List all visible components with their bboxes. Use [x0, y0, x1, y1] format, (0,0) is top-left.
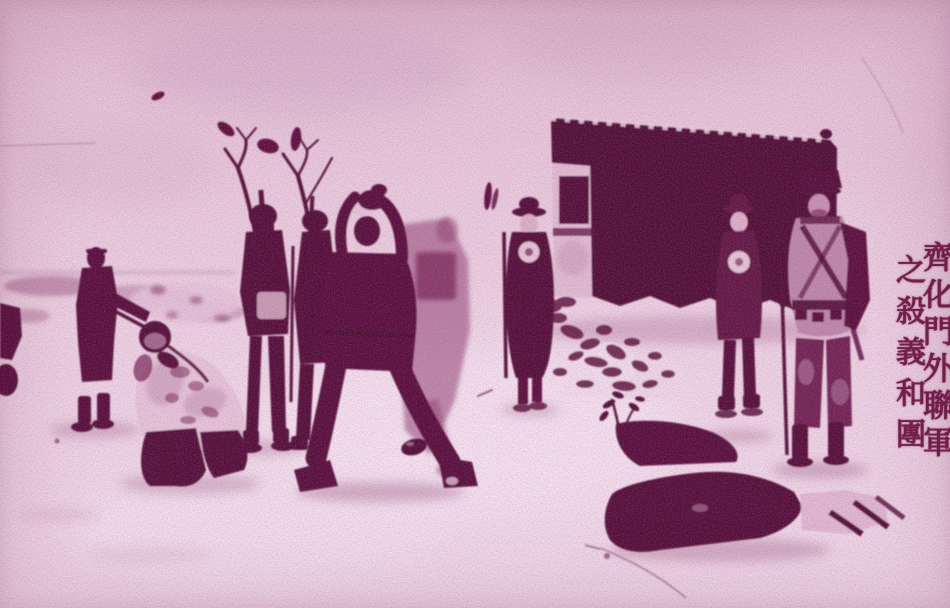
photo-scene [0, 0, 950, 608]
film-grain-overlay [0, 0, 950, 608]
historical-photograph: 齊化門外聯軍 之殺義和團 [0, 0, 950, 608]
caption-column-left: 之殺義和團 [885, 254, 929, 459]
